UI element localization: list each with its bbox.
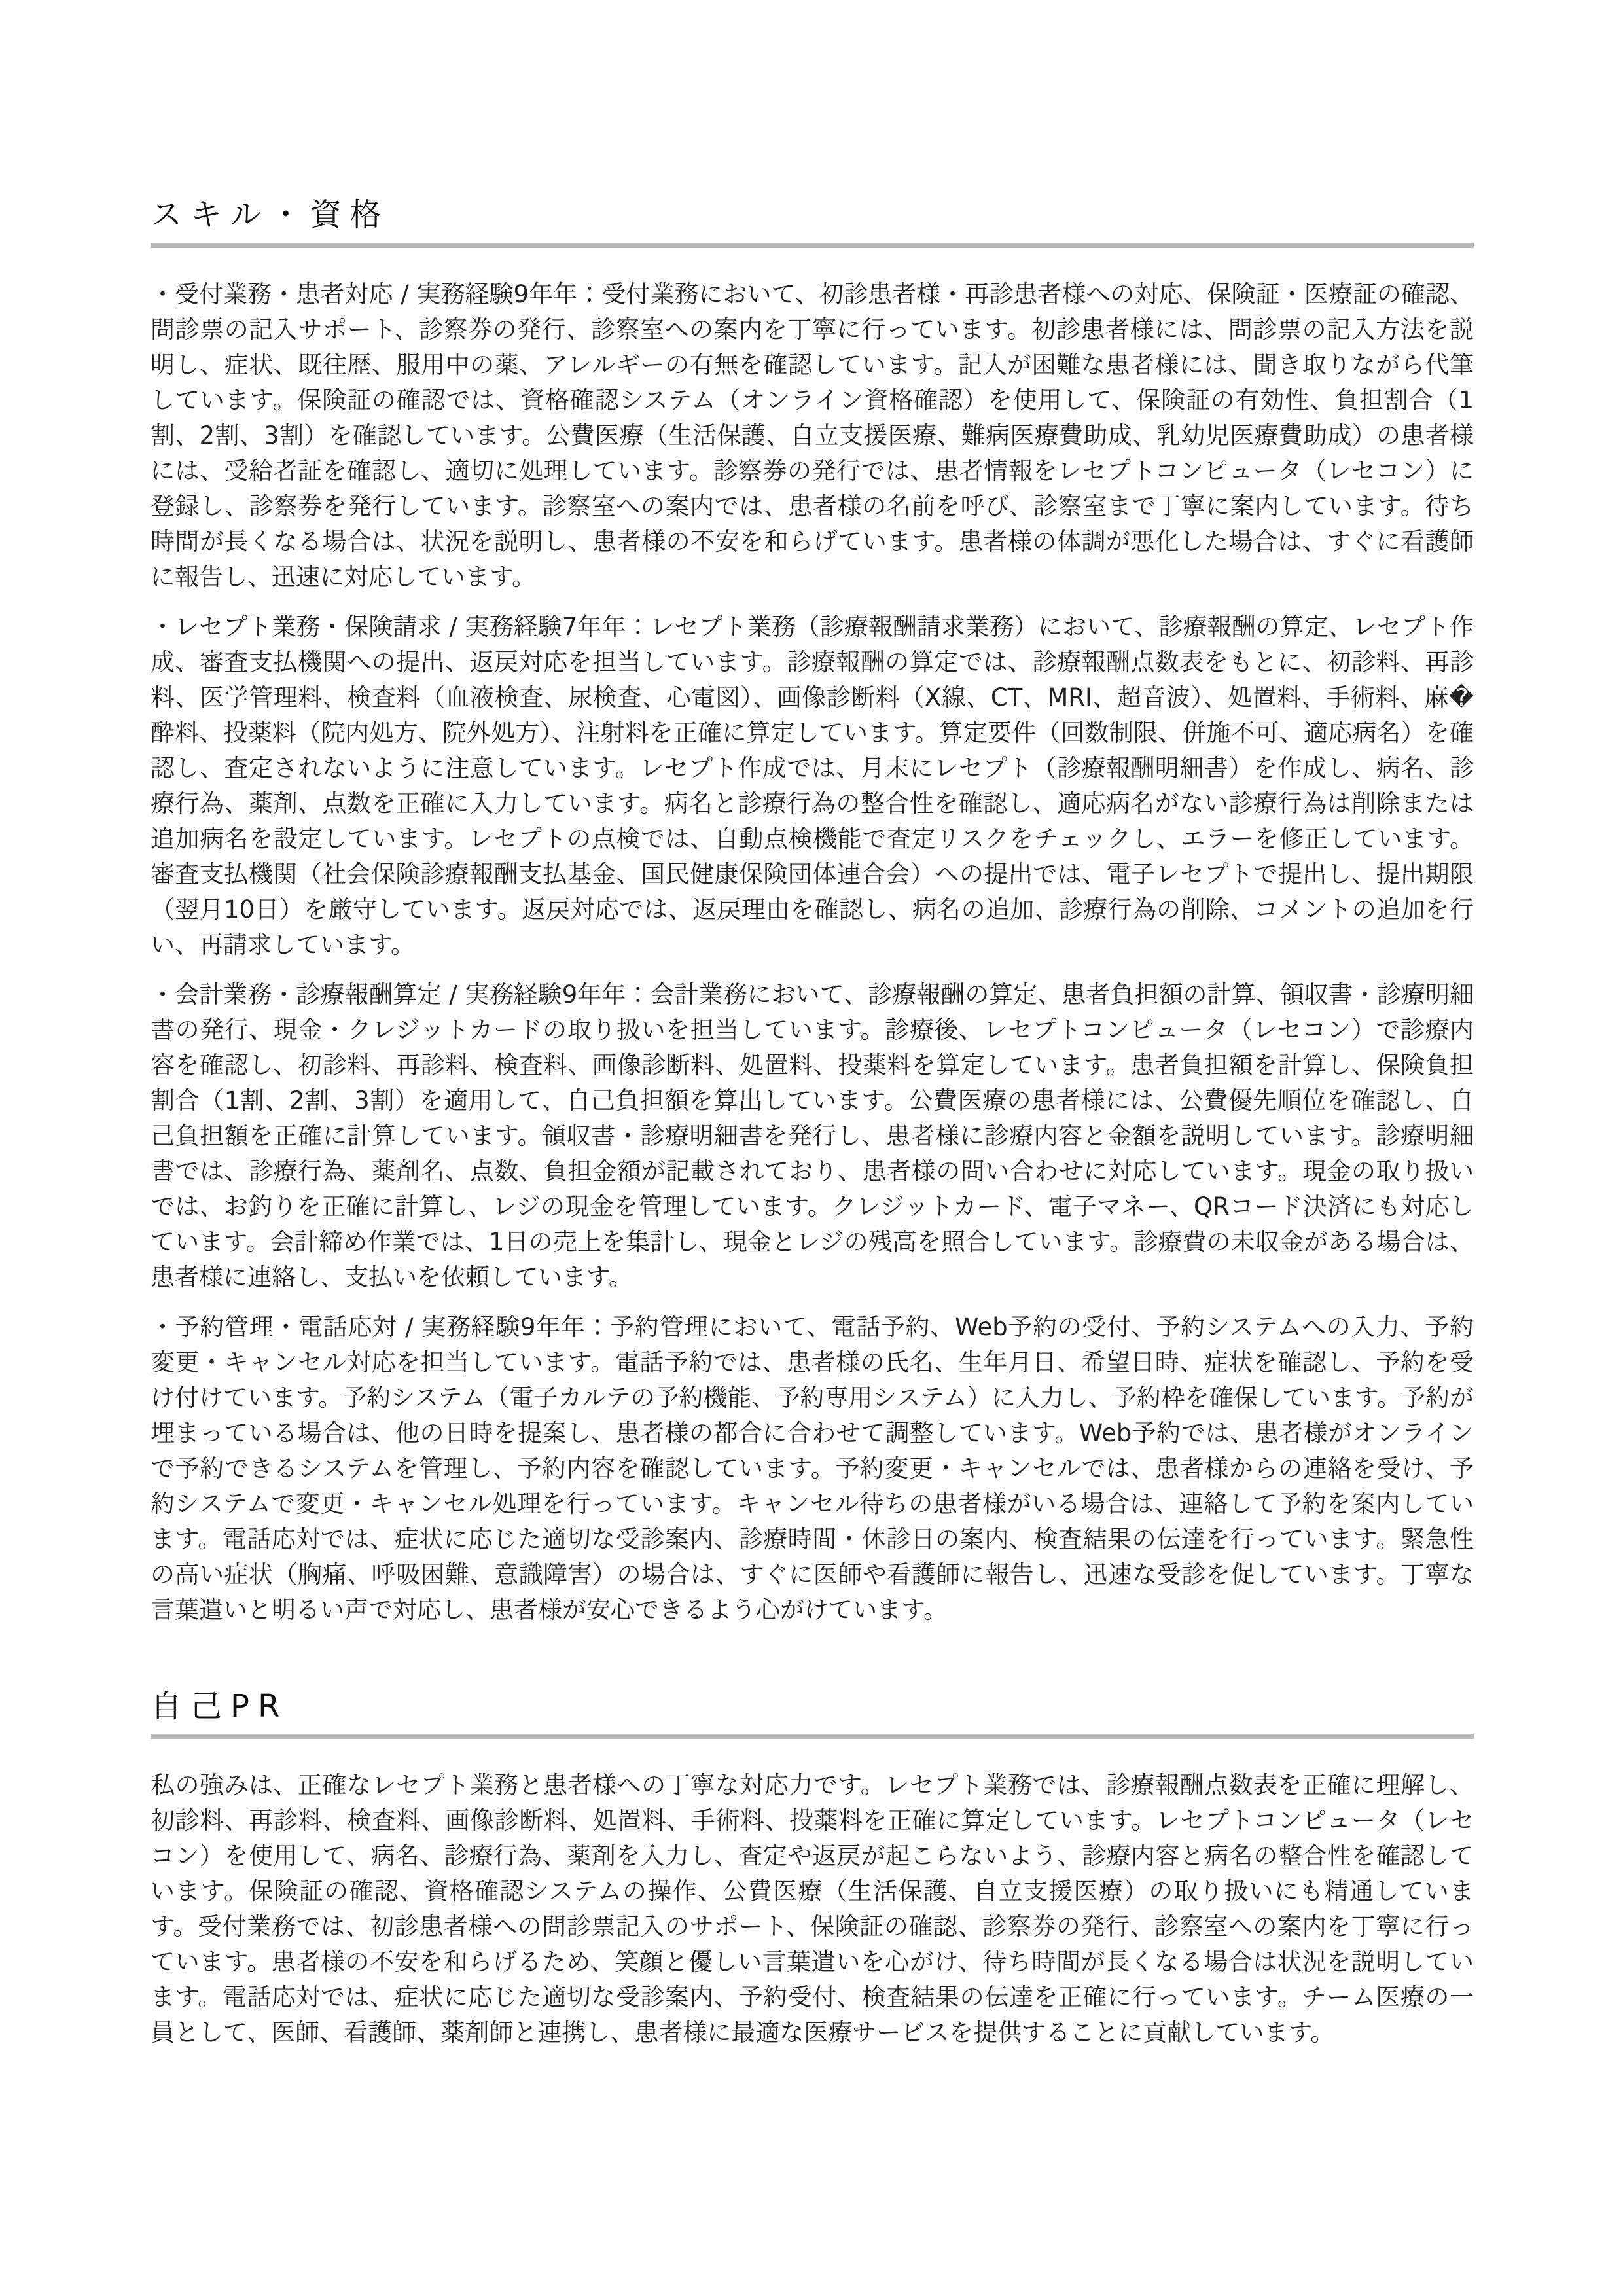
resume-page: スキル・資格 ・受付業務・患者対応 / 実務経験9年年：受付業務において、初診患… bbox=[0, 0, 1623, 2296]
skill-item-accounting: ・会計業務・診療報酬算定 / 実務経験9年年：会計業務において、診療報酬の算定、… bbox=[151, 977, 1474, 1295]
skills-section: スキル・資格 ・受付業務・患者対応 / 実務経験9年年：受付業務において、初診患… bbox=[151, 196, 1474, 1628]
self-pr-body: 私の強みは、正確なレセプト業務と患者様への丁寧な対応力です。レセプト業務では、診… bbox=[151, 1768, 1474, 2051]
skills-heading: スキル・資格 bbox=[151, 196, 1474, 234]
page-content: スキル・資格 ・受付業務・患者対応 / 実務経験9年年：受付業務において、初診患… bbox=[151, 196, 1474, 2051]
self-pr-heading-divider bbox=[151, 1734, 1474, 1739]
skills-heading-divider bbox=[151, 243, 1474, 248]
skill-item-reception: ・受付業務・患者対応 / 実務経験9年年：受付業務において、初診患者様・再診患者… bbox=[151, 277, 1474, 595]
self-pr-heading: 自己PR bbox=[151, 1688, 1474, 1725]
skill-item-appointment-phone: ・予約管理・電話応対 / 実務経験9年年：予約管理において、電話予約、Web予約… bbox=[151, 1310, 1474, 1628]
skills-list: ・受付業務・患者対応 / 実務経験9年年：受付業務において、初診患者様・再診患者… bbox=[151, 277, 1474, 1628]
skill-item-receipt-billing: ・レセプト業務・保険請求 / 実務経験7年年：レセプト業務（診療報酬請求業務）に… bbox=[151, 609, 1474, 963]
self-pr-section: 自己PR 私の強みは、正確なレセプト業務と患者様への丁寧な対応力です。レセプト業… bbox=[151, 1688, 1474, 2051]
self-pr-paragraph: 私の強みは、正確なレセプト業務と患者様への丁寧な対応力です。レセプト業務では、診… bbox=[151, 1768, 1474, 2051]
